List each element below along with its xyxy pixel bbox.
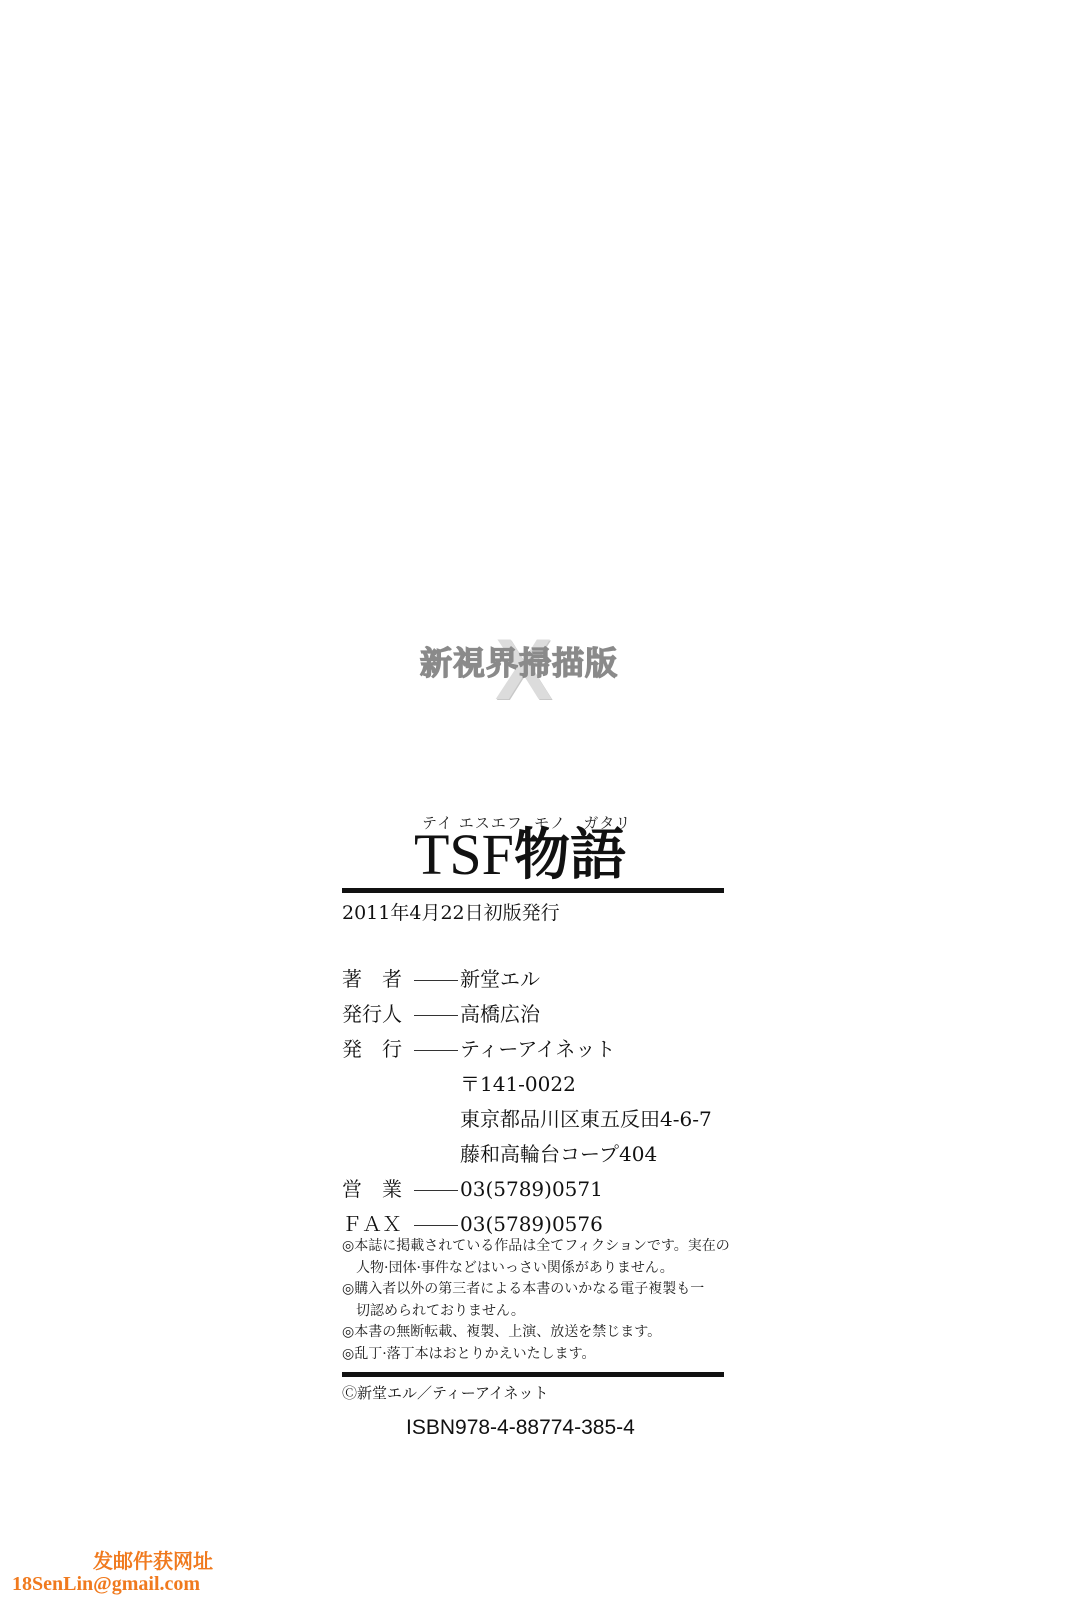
copyright: Ⓒ新堂エル／ティーアイネット: [342, 1382, 549, 1403]
note-digital-copy: ◎購入者以外の第三者による本書のいかなる電子複製も一 切認められておりません。: [342, 1279, 742, 1322]
dash-leader: [414, 1015, 458, 1016]
note-text-continued: 人物·団体·事件などはいっさい関係がありません。: [342, 1258, 742, 1280]
note-text: ◎本誌に掲載されている作品は全てフィクションです。実在の: [342, 1238, 730, 1254]
credit-label: 営 業: [342, 1172, 414, 1207]
dash-leader: [414, 1190, 458, 1191]
note-fiction: ◎本誌に掲載されている作品は全てフィクションです。実在の 人物·団体·事件などは…: [342, 1236, 742, 1279]
isbn: ISBN978-4-88774-385-4: [406, 1416, 635, 1440]
credit-row-sales-phone: 営 業03(5789)0571: [342, 1172, 742, 1207]
address-line-1: 東京都品川区東五反田4-6-7: [342, 1102, 742, 1137]
note-text: ◎本書の無断転載、複製、上演、放送を禁じます。: [342, 1324, 661, 1340]
promo-line-1: 发邮件获网址: [93, 1545, 213, 1574]
dash-leader: [414, 1225, 458, 1226]
credit-value: 東京都品川区東五反田4-6-7: [460, 1102, 712, 1137]
address-postal-code: 〒141-0022: [342, 1067, 742, 1102]
credit-value: ティーアイネット: [460, 1032, 615, 1067]
credit-row-publisher-person: 発行人高橋広治: [342, 997, 742, 1032]
divider-bottom: [342, 1372, 724, 1377]
credit-label: 発行人: [342, 997, 414, 1032]
credit-value: 高橋広治: [460, 997, 540, 1032]
dash-leader: [414, 1050, 458, 1051]
book-title: TSF物語: [414, 826, 626, 884]
watermark-text: 新視界掃描版: [420, 647, 618, 679]
scanlation-watermark: X 新視界掃描版: [420, 635, 640, 705]
credits-list: 著 者新堂エル 発行人高橋広治 発 行ティーアイネット 〒141-0022 東京…: [342, 962, 742, 1242]
note-reproduction: ◎本書の無断転載、複製、上演、放送を禁じます。: [342, 1322, 742, 1344]
address-line-2: 藤和高輪台コープ404: [342, 1137, 742, 1172]
credit-label: 著 者: [342, 962, 414, 997]
credit-row-author: 著 者新堂エル: [342, 962, 742, 997]
dash-leader: [414, 980, 458, 981]
title-japanese: 物語: [514, 823, 626, 888]
legal-notes: ◎本誌に掲載されている作品は全てフィクションです。実在の 人物·団体·事件などは…: [342, 1236, 742, 1365]
note-text: ◎購入者以外の第三者による本書のいかなる電子複製も一: [342, 1281, 704, 1297]
title-latin: TSF: [414, 822, 514, 887]
credit-value: 藤和高輪台コープ404: [460, 1137, 657, 1172]
credit-value: 〒141-0022: [460, 1067, 576, 1102]
promo-email: 18SenLin@gmail.com: [12, 1573, 200, 1596]
credit-value: 03(5789)0571: [460, 1172, 603, 1207]
credit-label: 発 行: [342, 1032, 414, 1067]
note-text: ◎乱丁·落丁本はおとりかえいたします。: [342, 1346, 596, 1362]
credit-row-publisher: 発 行ティーアイネット: [342, 1032, 742, 1067]
publication-date: 2011年4月22日初版発行: [342, 898, 560, 925]
note-defects: ◎乱丁·落丁本はおとりかえいたします。: [342, 1344, 742, 1366]
note-text-continued: 切認められておりません。: [342, 1301, 742, 1323]
credit-value: 新堂エル: [460, 962, 540, 997]
divider-top: [342, 888, 724, 893]
